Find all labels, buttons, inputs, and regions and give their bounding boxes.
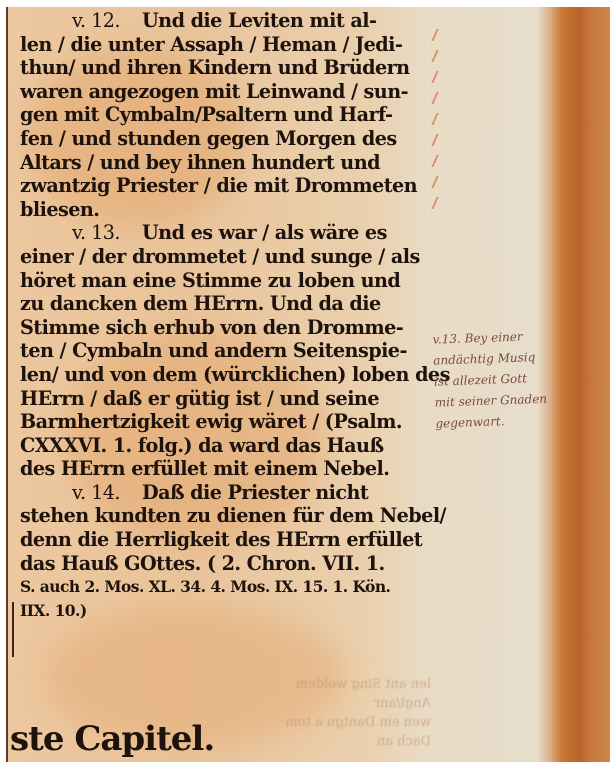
text-line: S. auch 2. Mos. XL. 34. 4. Mos. IX. 15. … bbox=[20, 575, 432, 599]
margin-tick-marks bbox=[426, 25, 448, 215]
text-line: CXXXVI. 1. folg.) da ward das Hauß bbox=[20, 434, 432, 458]
margin-tick-mark bbox=[431, 71, 438, 83]
line-text: fen / und stunden gegen Morgen des bbox=[20, 127, 397, 150]
line-text: des HErrn erfüllet mit einem Nebel. bbox=[20, 457, 389, 480]
margin-tick-mark bbox=[431, 50, 438, 62]
text-line: fen / und stunden gegen Morgen des bbox=[20, 127, 432, 151]
line-text: zwantzig Priester / die mit Drommeten bbox=[20, 174, 417, 197]
line-text: Barmhertzigkeit ewig wäret / (Psalm. bbox=[20, 410, 402, 433]
text-line: zu dancken dem HErrn. Und da die bbox=[20, 292, 432, 316]
line-text: gen mit Cymbaln/Psaltern und Harf- bbox=[20, 103, 392, 126]
bleed-line: Dach an bbox=[251, 732, 431, 751]
text-line: v. 13.Und es war / als wäre es bbox=[20, 221, 432, 245]
left-frame-rule bbox=[6, 7, 8, 762]
line-text: thun/ und ihren Kindern und Brüdern bbox=[20, 56, 410, 79]
line-text: IIX. 10.) bbox=[20, 601, 87, 620]
margin-bracket bbox=[12, 602, 14, 657]
text-line: bliesen. bbox=[20, 198, 432, 222]
text-line: Stimme sich erhub von den Dromme- bbox=[20, 316, 432, 340]
line-text: bliesen. bbox=[20, 198, 99, 221]
margin-tick-mark bbox=[431, 176, 438, 188]
line-text: CXXXVI. 1. folg.) da ward das Hauß bbox=[20, 434, 383, 457]
line-text: stehen kundten zu dienen für dem Nebel/ bbox=[20, 504, 446, 527]
body-text-column: v. 12.Und die Leviten mit al-len / die u… bbox=[20, 9, 432, 622]
verse-number: v. 14. bbox=[72, 481, 120, 504]
line-text: Altars / und bey ihnen hundert und bbox=[20, 151, 380, 174]
line-text: len/ und von dem (würcklichen) loben des bbox=[20, 363, 450, 386]
text-line: thun/ und ihren Kindern und Brüdern bbox=[20, 56, 432, 80]
text-line: IIX. 10.) bbox=[20, 599, 432, 623]
scanned-page-photo: v. 12.Und die Leviten mit al-len / die u… bbox=[6, 7, 610, 762]
chapter-heading: ste Capitel. bbox=[10, 719, 214, 759]
bleed-line: wen ein Dantgu a tom bbox=[251, 713, 431, 732]
line-text: Und es war / als wäre es bbox=[142, 221, 387, 244]
line-text: waren angezogen mit Leinwand / sun- bbox=[20, 80, 408, 103]
text-line: Altars / und bey ihnen hundert und bbox=[20, 151, 432, 175]
line-text: zu dancken dem HErrn. Und da die bbox=[20, 292, 381, 315]
margin-tick-mark bbox=[431, 29, 438, 41]
text-line: Barmhertzigkeit ewig wäret / (Psalm. bbox=[20, 410, 432, 434]
text-line: len / die unter Assaph / Heman / Jedi- bbox=[20, 33, 432, 57]
text-line: des HErrn erfüllet mit einem Nebel. bbox=[20, 457, 432, 481]
text-line: ten / Cymbaln und andern Seitenspie- bbox=[20, 339, 432, 363]
text-line: höret man eine Stimme zu loben und bbox=[20, 269, 432, 293]
handwritten-margin-annotation: v.13. Bey einerandächtig Musiqist alleze… bbox=[432, 324, 586, 434]
text-line: gen mit Cymbaln/Psaltern und Harf- bbox=[20, 103, 432, 127]
text-line: len/ und von dem (würcklichen) loben des bbox=[20, 363, 432, 387]
line-text: denn die Herrligkeit des HErrn erfüllet bbox=[20, 528, 422, 551]
line-text: Und die Leviten mit al- bbox=[142, 9, 376, 32]
text-line: einer / der drommetet / und sunge / als bbox=[20, 245, 432, 269]
margin-tick-mark bbox=[431, 197, 438, 209]
text-line: v. 14.Daß die Priester nicht bbox=[20, 481, 432, 505]
verse-number: v. 12. bbox=[72, 9, 120, 32]
margin-tick-mark bbox=[431, 155, 438, 167]
line-text: das Hauß GOttes. ( 2. Chron. VII. 1. bbox=[20, 552, 385, 575]
text-line: HErrn / daß er gütig ist / und seine bbox=[20, 387, 432, 411]
text-line: stehen kundten zu dienen für dem Nebel/ bbox=[20, 504, 432, 528]
text-line: zwantzig Priester / die mit Drommeten bbox=[20, 174, 432, 198]
text-line: v. 12.Und die Leviten mit al- bbox=[20, 9, 432, 33]
margin-tick-mark bbox=[431, 134, 438, 146]
text-line: das Hauß GOttes. ( 2. Chron. VII. 1. bbox=[20, 552, 432, 576]
line-text: einer / der drommetet / und sunge / als bbox=[20, 245, 420, 268]
line-text: S. auch 2. Mos. XL. 34. 4. Mos. IX. 15. … bbox=[20, 577, 390, 596]
line-text: höret man eine Stimme zu loben und bbox=[20, 269, 400, 292]
annotation-line: gegenwart. bbox=[435, 408, 586, 434]
line-text: Stimme sich erhub von den Dromme- bbox=[20, 316, 403, 339]
verse-number: v. 13. bbox=[72, 221, 120, 244]
line-text: HErrn / daß er gütig ist / und seine bbox=[20, 387, 379, 410]
margin-tick-mark bbox=[431, 92, 438, 104]
text-line: denn die Herrligkeit des HErrn erfüllet bbox=[20, 528, 432, 552]
margin-tick-mark bbox=[431, 113, 438, 125]
line-text: Daß die Priester nicht bbox=[142, 481, 368, 504]
text-line: waren angezogen mit Leinwand / sun- bbox=[20, 80, 432, 104]
line-text: len / die unter Assaph / Heman / Jedi- bbox=[20, 33, 402, 56]
bleed-line: len ant Sing woldem Angl/anr bbox=[251, 675, 431, 713]
bleed-through-text: len ant Sing woldem Angl/anrwen ein Dant… bbox=[251, 675, 431, 751]
line-text: ten / Cymbaln und andern Seitenspie- bbox=[20, 339, 407, 362]
